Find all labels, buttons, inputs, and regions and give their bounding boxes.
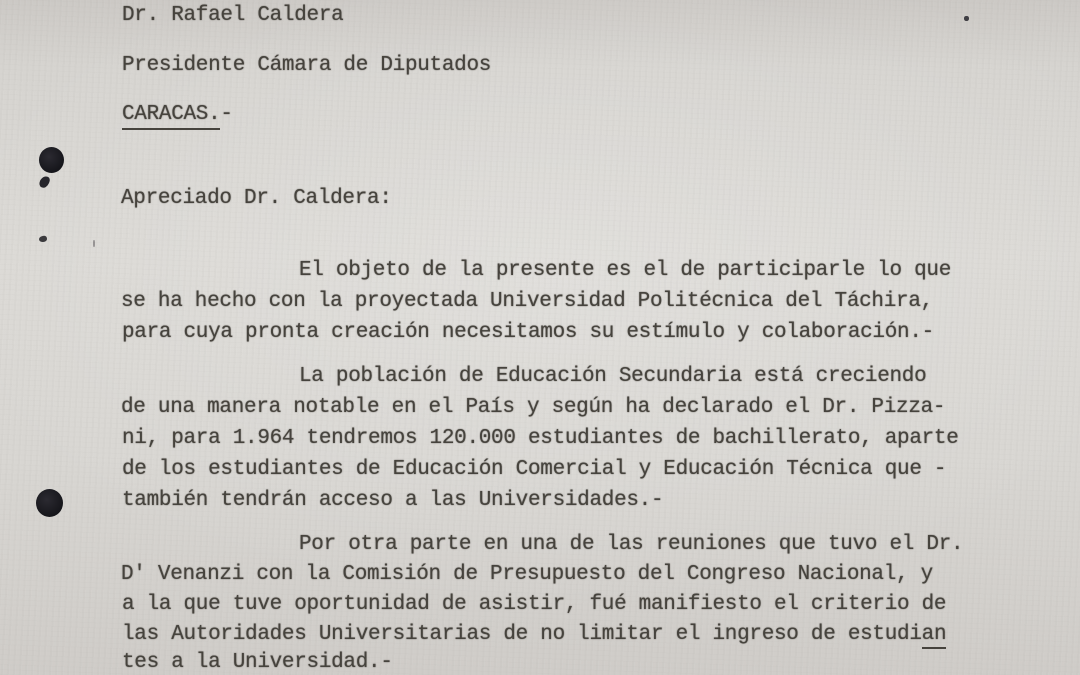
recipient-name: Dr. Rafael Caldera xyxy=(122,4,343,28)
recipient-title: Presidente Cámara de Diputados xyxy=(122,54,491,78)
paragraph2-line5: también tendrán acceso a las Universidad… xyxy=(122,489,663,513)
ink-speck-top-right xyxy=(964,16,969,21)
letter-page: Dr. Rafael Caldera Presidente Cámara de … xyxy=(0,0,1080,675)
ink-speck-left xyxy=(38,235,47,243)
paragraph3-line4-main: las Autoridades Universitarias de no lim… xyxy=(122,623,922,646)
paragraph1-line3: para cuya pronta creación necesitamos su… xyxy=(122,321,934,345)
recipient-city-dash: - xyxy=(220,103,232,126)
paragraph1-line1: El objeto de la presente es el de partic… xyxy=(299,259,951,283)
paragraph3-line4-underlined: an xyxy=(922,623,947,649)
ink-smudge xyxy=(38,175,51,190)
recipient-city-underlined: CARACAS. xyxy=(122,103,220,130)
paragraph2-line1: La población de Educación Secundaria est… xyxy=(299,365,926,389)
paragraph3-line1: Por otra parte en una de las reuniones q… xyxy=(299,533,963,557)
recipient-city: CARACAS.- xyxy=(122,103,233,127)
paragraph2-line4: de los estudiantes de Educación Comercia… xyxy=(122,458,946,482)
paragraph1-line2: se ha hecho con la proyectada Universida… xyxy=(121,290,933,314)
paragraph2-line2: de una manera notable en el País y según… xyxy=(121,396,945,420)
paragraph3-line5: tes a la Universidad.- xyxy=(122,651,393,675)
salutation: Apreciado Dr. Caldera: xyxy=(121,187,392,211)
paragraph3-line3: a la que tuve oportunidad de asistir, fu… xyxy=(122,593,946,617)
hole-punch-bottom xyxy=(36,489,63,517)
paragraph2-line3: ni, para 1.964 tendremos 120.000 estudia… xyxy=(122,427,959,451)
paragraph3-line2: D' Venanzi con la Comisión de Presupuest… xyxy=(121,563,933,587)
hole-punch-top xyxy=(39,147,64,173)
paragraph3-line4: las Autoridades Universitarias de no lim… xyxy=(122,623,946,647)
ink-speck-left-faint xyxy=(93,240,95,247)
